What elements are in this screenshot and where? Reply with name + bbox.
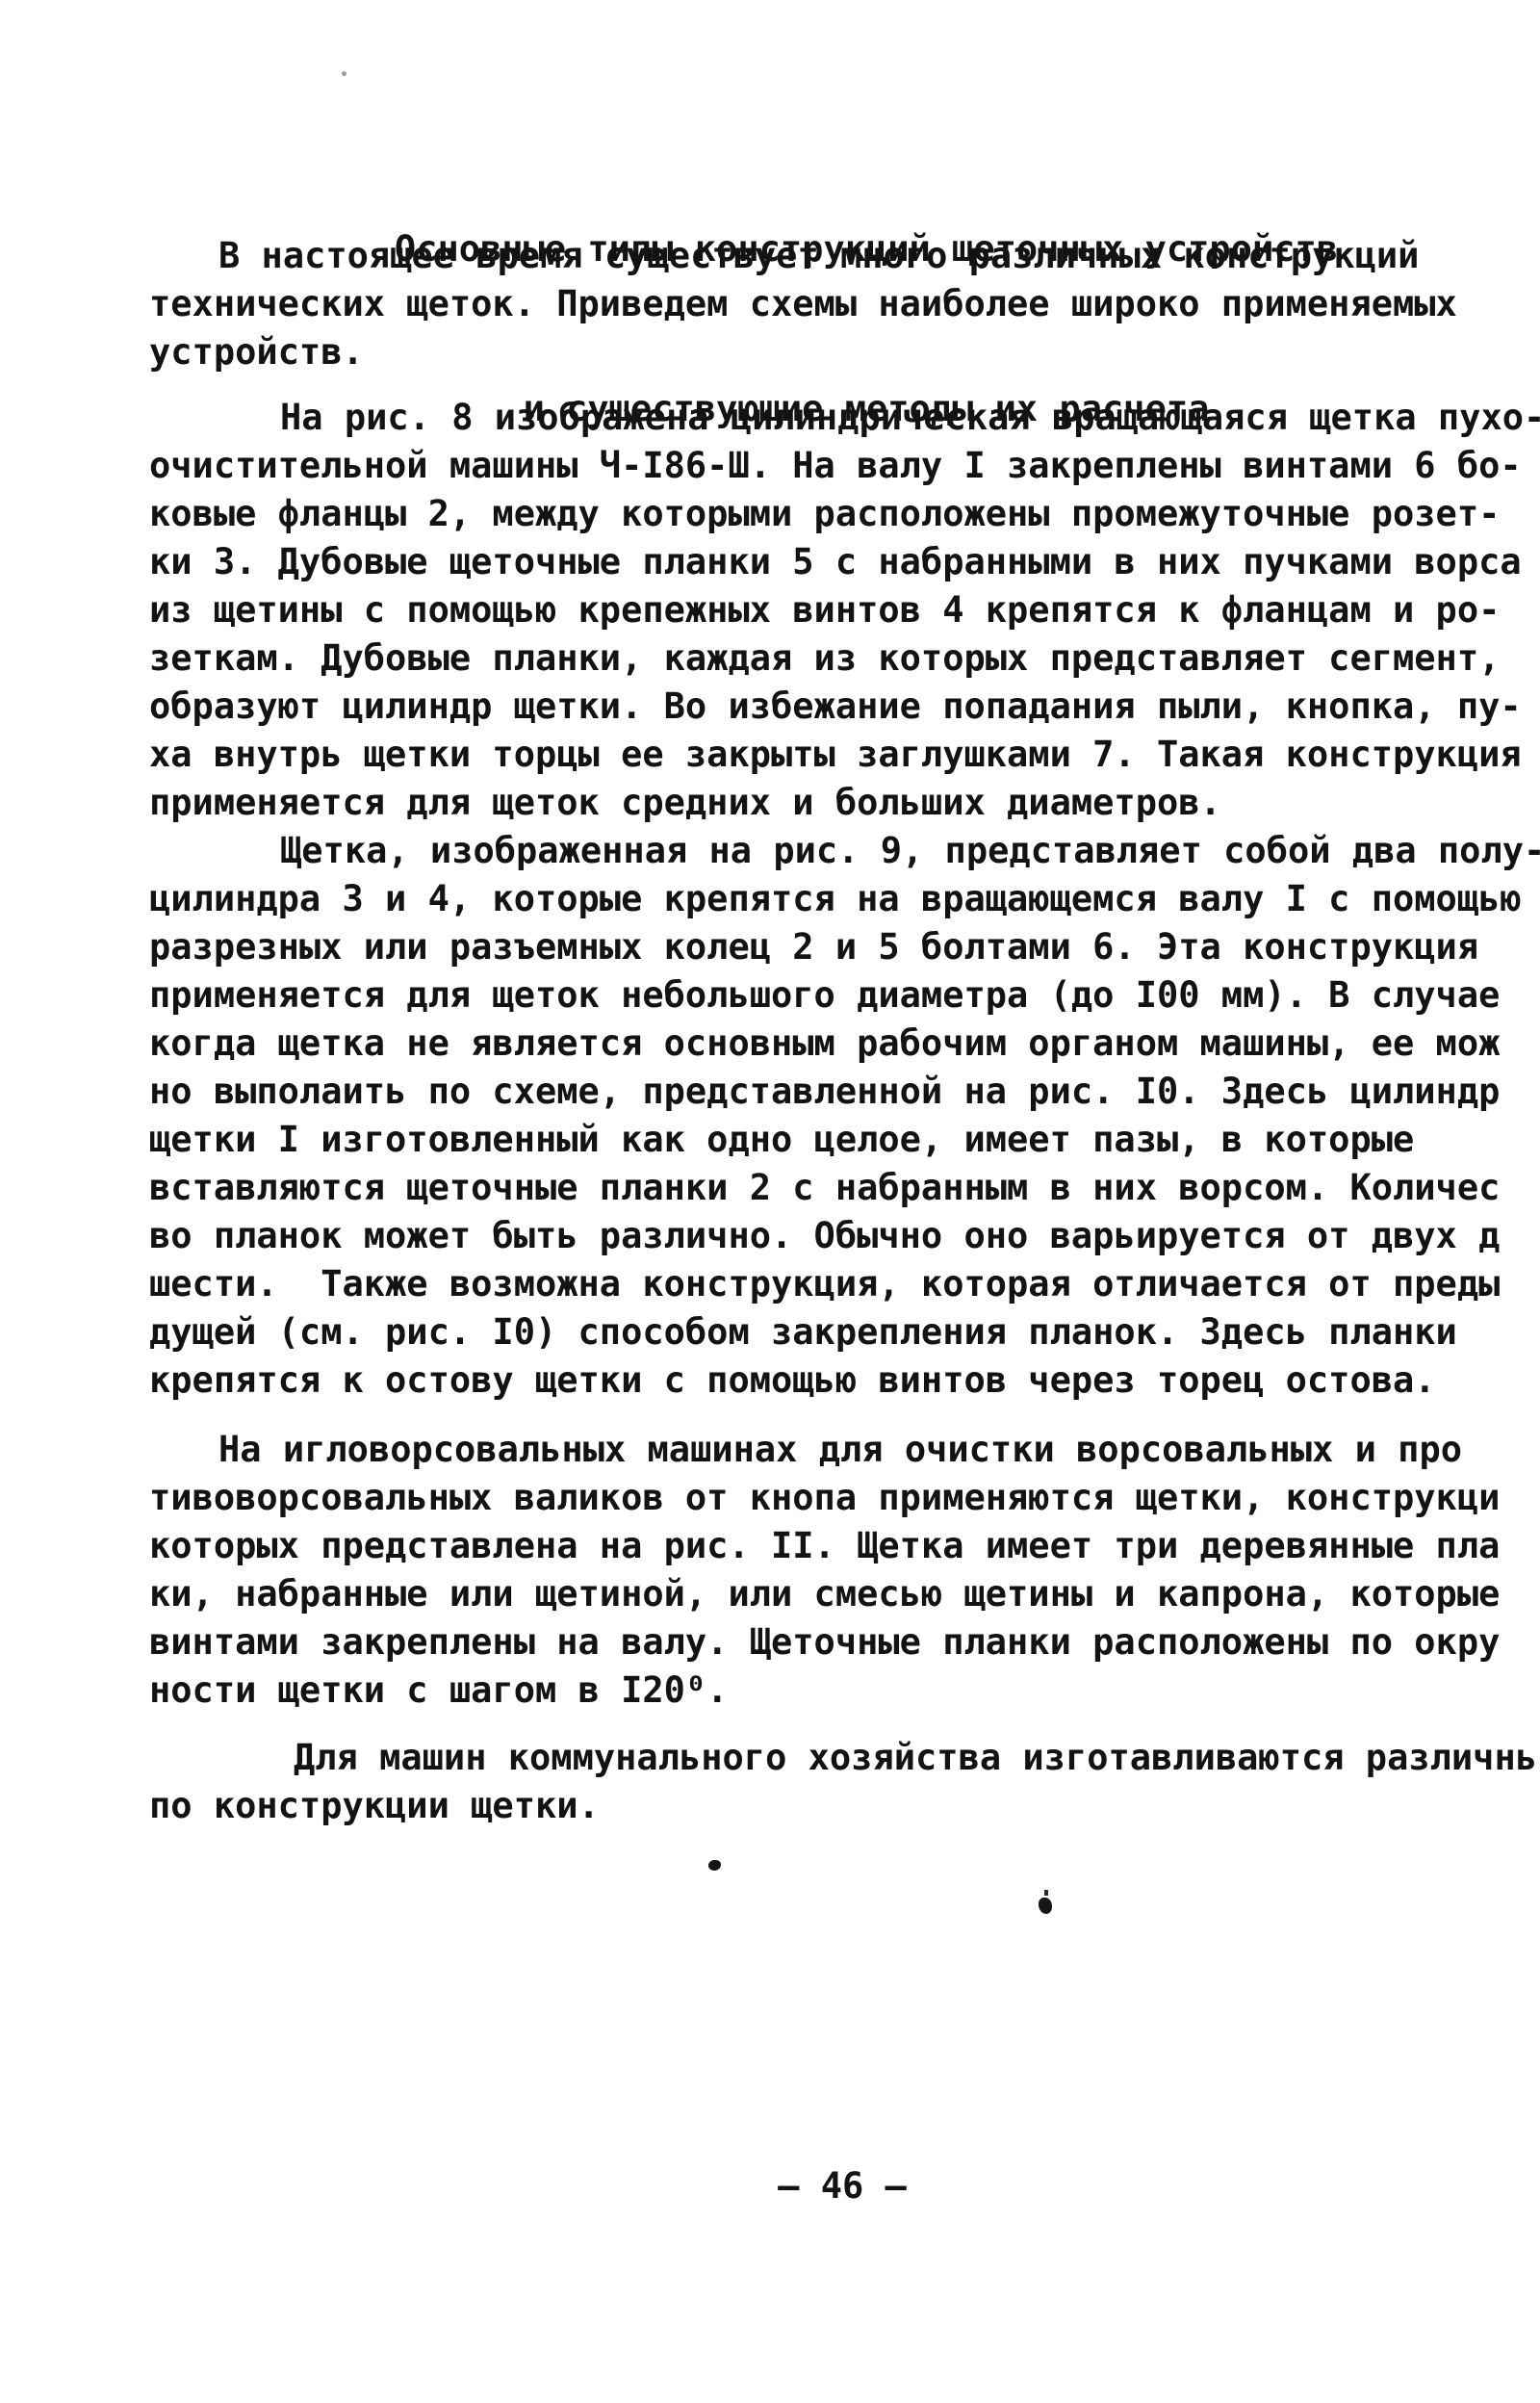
text-line: цилиндра 3 и 4, которые крепятся на вращ…: [149, 875, 1540, 923]
text-line: образуют цилиндр щетки. Во избежание поп…: [149, 683, 1540, 731]
text-line: ковые фланцы 2, между которыми расположе…: [149, 490, 1540, 538]
text-line: шести. Также возможна конструкция, котор…: [149, 1260, 1540, 1308]
text-line: дущей (см. рис. I0) способом закрепления…: [149, 1308, 1540, 1357]
text-line: крепятся к остову щетки с помощью винтов…: [149, 1357, 1540, 1405]
text-line: Для машин коммунального хозяйства изгота…: [149, 1734, 1540, 1782]
ink-speck: [342, 71, 346, 76]
text-line: технических щеток. Приведем схемы наибол…: [149, 280, 1540, 328]
text-line: которых представлена на рис. II. Щетка и…: [149, 1522, 1540, 1570]
text-line: из щетины с помощью крепежных винтов 4 к…: [149, 586, 1540, 634]
text-line: В настоящее время существует много разли…: [149, 232, 1540, 280]
text-line: ха внутрь щетки торцы ее закрыты заглушк…: [149, 731, 1540, 779]
text-line: ки 3. Дубовые щеточные планки 5 с набран…: [149, 538, 1540, 586]
paragraph-3: Щетка, изображенная на рис. 9, представл…: [149, 827, 1540, 1405]
text-line: по конструкции щетки.: [149, 1782, 1540, 1830]
text-line: тивоворсовальных валиков от кнопа примен…: [149, 1474, 1540, 1522]
text-line: винтами закреплены на валу. Щеточные пла…: [149, 1618, 1540, 1667]
text-line: зеткам. Дубовые планки, каждая из которы…: [149, 634, 1540, 683]
text-line: вставляются щеточные планки 2 с набранны…: [149, 1164, 1540, 1212]
text-line: очистительной машины Ч-I86-Ш. На валу I …: [149, 442, 1540, 490]
text-line: щетки I изготовленный как одно целое, им…: [149, 1116, 1540, 1164]
page-number: – 46 –: [149, 2162, 1535, 2210]
text-line: устройств.: [149, 328, 1540, 376]
scanned-document-page: Основные типы конструкций щеточных устро…: [0, 0, 1540, 2403]
text-line: На рис. 8 изображена цилиндрическая вращ…: [149, 394, 1540, 442]
text-line: применяется для щеток средних и больших …: [149, 779, 1540, 827]
text-line: ки, набранные или щетиной, или смесью ще…: [149, 1570, 1540, 1618]
text-line: когда щетка не является основным рабочим…: [149, 1020, 1540, 1068]
paragraph-5: Для машин коммунального хозяйства изгота…: [149, 1734, 1540, 1830]
text-line: Щетка, изображенная на рис. 9, представл…: [149, 827, 1540, 875]
text-line: но выполаить по схеме, представленной на…: [149, 1068, 1540, 1116]
paragraph-4: На игловорсовальных машинах для очистки …: [149, 1426, 1540, 1715]
text-line: во планок может быть различно. Обычно он…: [149, 1212, 1540, 1260]
text-line: разрезных или разъемных колец 2 и 5 болт…: [149, 923, 1540, 971]
paragraph-1: В настоящее время существует много разли…: [149, 232, 1540, 376]
paragraph-2: На рис. 8 изображена цилиндрическая вращ…: [149, 394, 1540, 827]
text-line: ности щетки с шагом в I20⁰.: [149, 1667, 1540, 1715]
text-line: На игловорсовальных машинах для очистки …: [149, 1426, 1540, 1474]
text-line: применяется для щеток небольшого диаметр…: [149, 971, 1540, 1020]
ink-speck: [708, 1860, 721, 1871]
ink-speck: [1039, 1898, 1052, 1914]
